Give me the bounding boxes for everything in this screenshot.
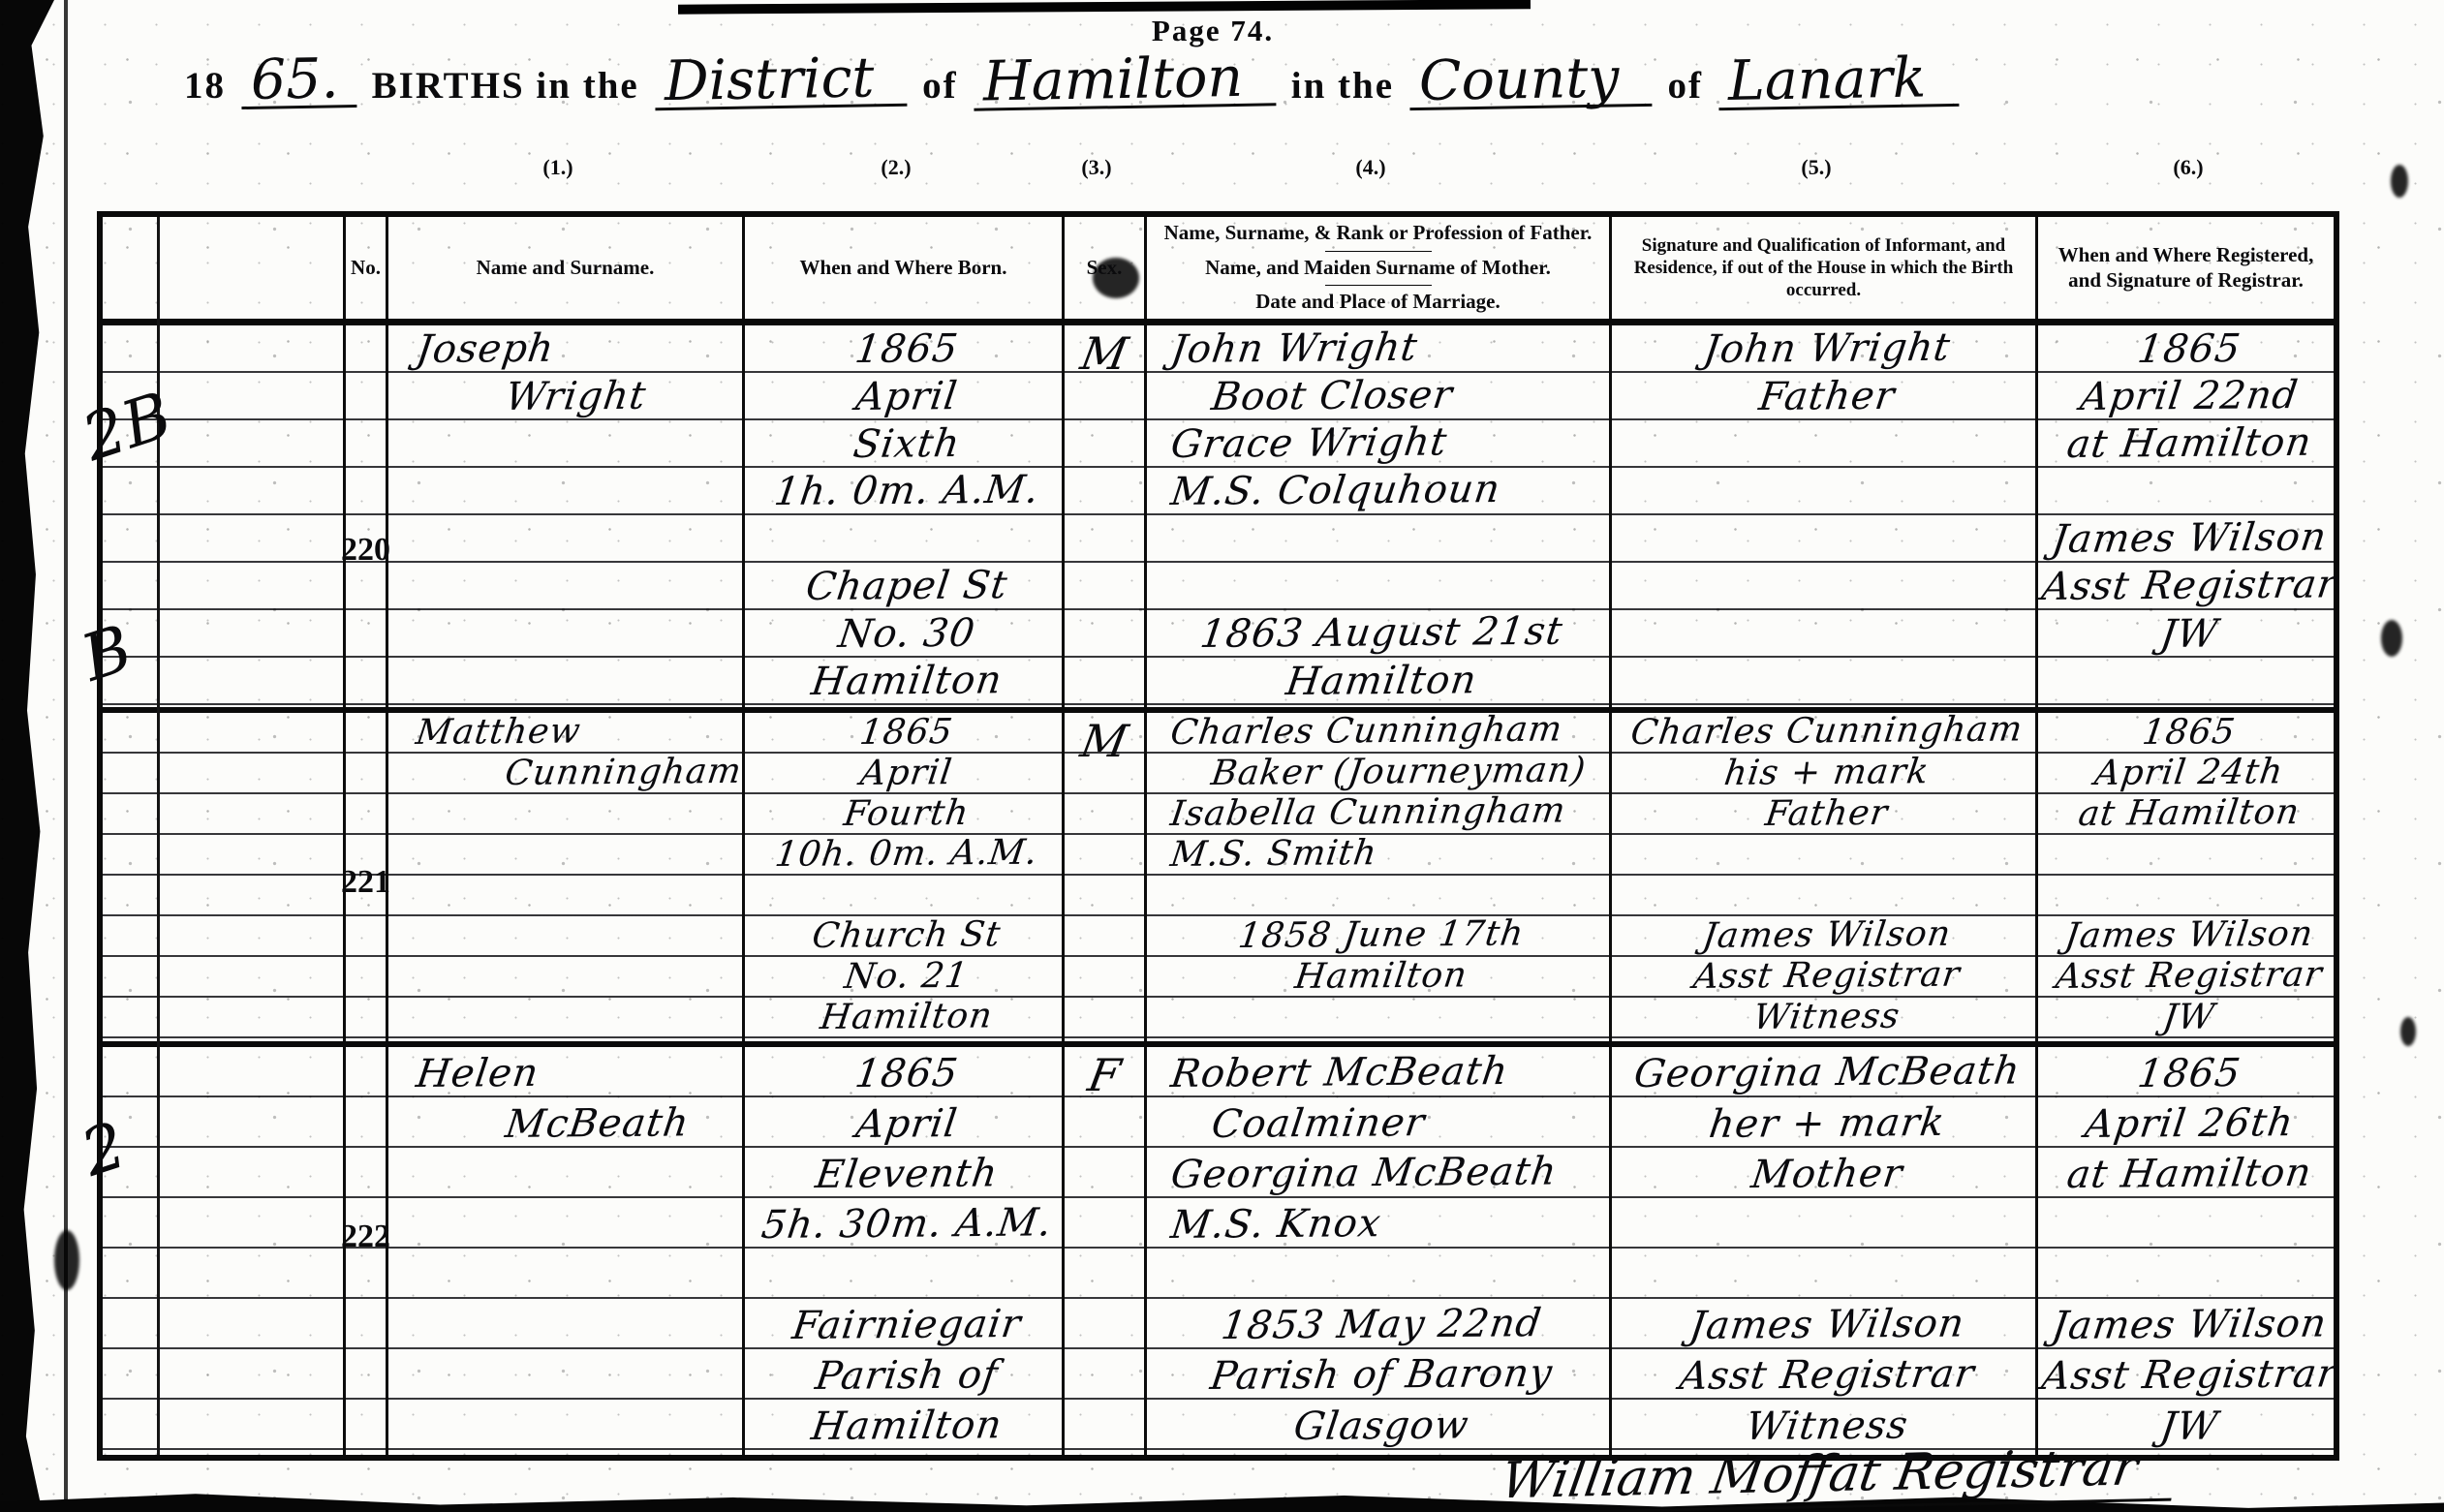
scan-top-streak <box>678 0 1531 15</box>
register-line <box>388 610 742 658</box>
handwritten-text: 1865 <box>852 326 961 372</box>
register-line: Charles Cunningham <box>1147 713 1609 754</box>
handwritten-text: April 24th <box>2091 752 2285 793</box>
handwritten-text: 5h. 30m. A.M. <box>758 1200 1055 1248</box>
entry-margin-cell <box>103 1047 343 1455</box>
entry-parents-cell: John WrightBoot CloserGrace WrightM.S. C… <box>1144 325 1609 707</box>
header-born: When and Where Born. <box>742 217 1062 319</box>
register-line <box>2038 1249 2334 1299</box>
register-line: James Wilson <box>2038 916 2334 957</box>
register-line: Asst Registrar <box>2038 563 2334 610</box>
handwritten-text: James Wilson <box>1700 914 1954 956</box>
handwritten-text: James Wilson <box>2049 515 2329 562</box>
register-line: April <box>745 1097 1062 1148</box>
register-line: 1865 <box>2038 713 2334 754</box>
register-line <box>1612 420 2035 468</box>
register-line: Hamilton <box>745 998 1062 1038</box>
register-line: Joseph <box>388 325 742 373</box>
handwritten-text: James Wilson <box>2062 914 2316 956</box>
register-line: James Wilson <box>1612 1299 2035 1349</box>
entry-number: 222 <box>341 1219 390 1255</box>
handwritten-text: at Hamilton <box>2064 1151 2314 1197</box>
register-line <box>388 1198 742 1249</box>
entry-born-cell: 1865AprilEleventh5h. 30m. A.M.Fairniegai… <box>742 1047 1062 1455</box>
entry-number-cell: 220 <box>343 325 386 707</box>
handwritten-text: No. 30 <box>835 611 977 657</box>
register-line <box>1612 1198 2035 1249</box>
register-line: 1858 June 17th <box>1147 916 1609 957</box>
register-line: John Wright <box>1147 325 1609 373</box>
register-line <box>388 794 742 835</box>
register-line <box>388 1400 742 1450</box>
register-line: John Wright <box>1612 325 2035 373</box>
register-line <box>388 998 742 1038</box>
register-line <box>388 1299 742 1349</box>
handwritten-text: Robert McBeath <box>1168 1049 1511 1096</box>
register-line: at Hamilton <box>2038 1148 2334 1198</box>
handwritten-text: Grace Wright <box>1168 420 1450 467</box>
handwritten-text: Hamilton <box>1292 955 1469 997</box>
register-entry-220: 220 JosephWright 1865AprilSixth1h. 0m. A… <box>103 325 2334 713</box>
handwritten-text: Parish of Barony <box>1207 1351 1555 1399</box>
title-district-value: Hamilton <box>973 53 1276 111</box>
handwritten-text: Fairniegair <box>789 1302 1024 1348</box>
handwritten-text: Hamilton <box>818 996 995 1037</box>
entry-sex-cell: M <box>1062 713 1144 1041</box>
register-line: James Wilson <box>1612 916 2035 957</box>
title-births-label: BIRTHS in the <box>372 64 639 108</box>
title-year-prefix: 18 <box>184 64 226 108</box>
entry-informant-cell: John WrightFather <box>1609 325 2035 707</box>
register-line: Witness <box>1612 998 2035 1038</box>
handwritten-text: Hamilton <box>808 1403 1004 1449</box>
header-informant: Signature and Qualification of Informant… <box>1609 217 2035 319</box>
register-line: M.S. Colquhoun <box>1147 468 1609 515</box>
handwritten-text: JW <box>2160 998 2217 1037</box>
scan-left-edge <box>0 0 54 1512</box>
register-line: Parish of Barony <box>1147 1349 1609 1400</box>
handwritten-text: Asst Registrar <box>2039 562 2339 609</box>
handwritten-text: Asst Registrar <box>1677 1351 1977 1399</box>
entry-name-cell: JosephWright <box>386 325 742 707</box>
register-line: Sixth <box>745 420 1062 468</box>
register-line: Asst Registrar <box>1612 1349 2035 1400</box>
entry-parents-cell: Charles CunninghamBaker (Journeyman)Isab… <box>1144 713 1609 1041</box>
header-parents-line1: Name, Surname, & Rank or Profession of F… <box>1164 221 1593 246</box>
register-line: McBeath <box>388 1097 742 1148</box>
register-line <box>1612 1249 2035 1299</box>
register-line: April <box>745 754 1062 794</box>
register-line: Coalminer <box>1147 1097 1609 1148</box>
title-county-word: County <box>1409 54 1653 111</box>
register-line: Isabella Cunningham <box>1147 794 1609 835</box>
title-year-script: 65. <box>241 55 357 110</box>
register-line <box>388 1349 742 1400</box>
handwritten-text: 1865 <box>2140 712 2238 753</box>
handwritten-text: M.S. Colquhoun <box>1168 467 1503 514</box>
register-line: Robert McBeath <box>1147 1047 1609 1097</box>
handwritten-text: 1863 August 21st <box>1197 609 1565 657</box>
column-number-2: (2.) <box>881 155 911 180</box>
register-line: M.S. Knox <box>1147 1198 1609 1249</box>
register-line: Hamilton <box>745 658 1062 705</box>
register-line: Helen <box>388 1047 742 1097</box>
register-line <box>1147 876 1609 916</box>
title-of-2: of <box>1667 64 1703 108</box>
entry-number: 220 <box>341 532 390 569</box>
ink-blot <box>2381 620 2402 657</box>
handwritten-text: Eleventh <box>813 1151 1001 1197</box>
handwritten-text: April 22nd <box>2077 373 2301 419</box>
register-line: Father <box>1612 373 2035 420</box>
ink-blot <box>2400 1017 2416 1046</box>
handwritten-text: Father <box>1762 793 1890 834</box>
register-line: Matthew <box>388 713 742 754</box>
register-line: Hamilton <box>1147 957 1609 998</box>
handwritten-text: her + mark <box>1706 1100 1947 1147</box>
handwritten-text: Hamilton <box>808 658 1004 704</box>
handwritten-text: Chapel St <box>803 563 1010 609</box>
entry-number-cell: 221 <box>343 713 386 1041</box>
register-line: Asst Registrar <box>2038 1349 2334 1400</box>
handwritten-text: Church St <box>809 914 1003 956</box>
page-number: Page 74. <box>1152 14 1274 48</box>
header-no: No. <box>343 217 386 319</box>
handwritten-text: 1865 <box>2135 1051 2243 1096</box>
register-line: Chapel St <box>745 563 1062 610</box>
header-parents: Name, Surname, & Rank or Profession of F… <box>1144 217 1609 319</box>
handwritten-text: April <box>857 753 954 793</box>
handwritten-text: Matthew <box>414 712 583 753</box>
register-line <box>745 515 1062 563</box>
register-line <box>2038 468 2334 515</box>
handwritten-text: 1865 <box>2135 326 2243 372</box>
handwritten-text: Glasgow <box>1290 1403 1470 1449</box>
register-line <box>388 876 742 916</box>
header-sex: Sex. <box>1062 217 1144 319</box>
register-line <box>1147 1249 1609 1299</box>
entry-number: 221 <box>341 864 390 901</box>
register-line <box>388 835 742 876</box>
handwritten-text: 1865 <box>852 1051 961 1096</box>
column-number-3: (3.) <box>1081 155 1111 180</box>
register-line: James Wilson <box>2038 1299 2334 1349</box>
title-of-1: of <box>922 64 958 108</box>
handwritten-text: Witness <box>1743 1404 1910 1449</box>
handwritten-text: at Hamilton <box>2076 792 2302 834</box>
register-line: Fourth <box>745 794 1062 835</box>
register-line: 1863 August 21st <box>1147 610 1609 658</box>
register-line <box>1612 658 2035 705</box>
entry-sex: M <box>1077 715 1132 767</box>
register-line <box>1147 515 1609 563</box>
register-line <box>1147 998 1609 1038</box>
register-line <box>1612 563 2035 610</box>
table-header-row: No. Name and Surname. When and Where Bor… <box>103 217 2334 325</box>
entry-sex: F <box>1084 1049 1124 1101</box>
register-line: Charles Cunningham <box>1612 713 2035 754</box>
handwritten-text: Georgina McBeath <box>1168 1150 1560 1197</box>
register-line: No. 30 <box>745 610 1062 658</box>
register-line: Cunningham <box>388 754 742 794</box>
register-line: April 24th <box>2038 754 2334 794</box>
register-line: at Hamilton <box>2038 794 2334 835</box>
register-line <box>388 563 742 610</box>
register-line <box>388 468 742 515</box>
handwritten-text: No. 21 <box>842 956 971 997</box>
handwritten-text: Cunningham <box>503 752 744 793</box>
ink-blot <box>54 1230 79 1290</box>
handwritten-text: Father <box>1756 374 1898 419</box>
register-line <box>388 1148 742 1198</box>
column-number-6: (6.) <box>2173 155 2203 180</box>
register-line: Wright <box>388 373 742 420</box>
register-line <box>388 916 742 957</box>
handwritten-text: Georgina McBeath <box>1631 1049 2023 1096</box>
handwritten-text: April <box>852 374 959 419</box>
register-line <box>388 658 742 705</box>
register-line: April 26th <box>2038 1097 2334 1148</box>
register-line: 1853 May 22nd <box>1147 1299 1609 1349</box>
handwritten-text: M.S. Smith <box>1168 833 1379 875</box>
register-entry-222: 222 HelenMcBeath 1865AprilEleventh5h. 30… <box>103 1047 2334 1455</box>
register-line: JW <box>2038 610 2334 658</box>
entry-parents-cell: Robert McBeathCoalminerGeorgina McBeathM… <box>1144 1047 1609 1455</box>
register-line: Asst Registrar <box>2038 957 2334 998</box>
register-line: 10h. 0m. A.M. <box>745 835 1062 876</box>
header-registered: When and Where Registered, and Signature… <box>2035 217 2334 319</box>
handwritten-text: 1858 June 17th <box>1235 913 1526 956</box>
title-in-the: in the <box>1291 64 1394 108</box>
handwritten-text: Charles Cunningham <box>1168 709 1565 753</box>
handwritten-text: Joseph <box>414 326 557 372</box>
entry-registered-cell: 1865April 26that HamiltonJames WilsonAss… <box>2035 1047 2334 1455</box>
entry-sex: M <box>1077 327 1132 380</box>
handwritten-text: at Hamilton <box>2064 420 2314 467</box>
register-title: 18 65. BIRTHS in the District of Hamilto… <box>184 56 2386 108</box>
handwritten-text: 1853 May 22nd <box>1219 1301 1544 1348</box>
register-line <box>1612 515 2035 563</box>
register-line <box>1612 835 2035 876</box>
register-line: at Hamilton <box>2038 420 2334 468</box>
register-line <box>2038 876 2334 916</box>
register-line <box>2038 1198 2334 1249</box>
handwritten-text: April 26th <box>2082 1100 2296 1147</box>
register-line: 1865 <box>745 1047 1062 1097</box>
handwritten-text: 10h. 0m. A.M. <box>772 833 1039 875</box>
title-county-value: Lanark <box>1718 54 1960 111</box>
handwritten-text: Asst Registrar <box>2039 1351 2339 1399</box>
register-line: his + mark <box>1612 754 2035 794</box>
column-number-4: (4.) <box>1355 155 1385 180</box>
register-line <box>1147 563 1609 610</box>
handwritten-text: Wright <box>503 374 649 419</box>
handwritten-text: James Wilson <box>1686 1302 1966 1348</box>
register-line: Grace Wright <box>1147 420 1609 468</box>
register-line: April 22nd <box>2038 373 2334 420</box>
register-line: Georgina McBeath <box>1612 1047 2035 1097</box>
ink-blot <box>2391 165 2408 198</box>
entry-born-cell: 1865AprilSixth1h. 0m. A.M.Chapel StNo. 3… <box>742 325 1062 707</box>
handwritten-text: Isabella Cunningham <box>1168 790 1568 834</box>
handwritten-text: John Wright <box>1700 325 1952 372</box>
header-name: Name and Surname. <box>386 217 742 319</box>
register-line: 5h. 30m. A.M. <box>745 1198 1062 1249</box>
handwritten-text: McBeath <box>503 1100 692 1147</box>
handwritten-text: Charles Cunningham <box>1628 709 2026 753</box>
register-line: Baker (Journeyman) <box>1147 754 1609 794</box>
register-line: Eleventh <box>745 1148 1062 1198</box>
title-district-word: District <box>654 54 907 111</box>
header-parents-line3: Date and Place of Marriage. <box>1255 290 1500 315</box>
handwritten-text: Parish of <box>813 1352 1001 1399</box>
register-line: Asst Registrar <box>1612 957 2035 998</box>
scanned-birth-register-page: Page 74. 18 65. BIRTHS in the District o… <box>0 0 2444 1512</box>
entry-sex-cell: M <box>1062 325 1144 707</box>
handwritten-text: his + mark <box>1721 752 1932 793</box>
register-entry-221: 221 MatthewCunningham 1865AprilFourth10h… <box>103 713 2334 1047</box>
entry-registered-cell: 1865April 22ndat HamiltonJames WilsonAss… <box>2035 325 2334 707</box>
register-line <box>745 876 1062 916</box>
register-line: Church St <box>745 916 1062 957</box>
register-line: Father <box>1612 794 2035 835</box>
handwritten-text: Mother <box>1748 1152 1905 1197</box>
register-line: April <box>745 373 1062 420</box>
register-line: Hamilton <box>1147 658 1609 705</box>
handwritten-text: John Wright <box>1168 325 1420 372</box>
register-line: Glasgow <box>1147 1400 1609 1450</box>
register-line: 1865 <box>2038 1047 2334 1097</box>
register-line: 1865 <box>2038 325 2334 373</box>
register-line: JW <box>2038 998 2334 1038</box>
handwritten-text: Hamilton <box>1283 658 1478 704</box>
register-line <box>2038 835 2334 876</box>
register-line: Fairniegair <box>745 1299 1062 1349</box>
register-line <box>388 515 742 563</box>
register-line <box>388 1249 742 1299</box>
entry-name-cell: HelenMcBeath <box>386 1047 742 1455</box>
register-line: Boot Closer <box>1147 373 1609 420</box>
handwritten-text: Asst Registrar <box>2053 955 2324 997</box>
handwritten-text: 1865 <box>857 712 955 753</box>
column-number-1: (1.) <box>542 155 572 180</box>
entry-registered-cell: 1865April 24that HamiltonJames WilsonAss… <box>2035 713 2334 1041</box>
handwritten-text: James Wilson <box>2049 1302 2329 1348</box>
handwritten-text: Baker (Journeyman) <box>1209 751 1589 793</box>
register-line: No. 21 <box>745 957 1062 998</box>
register-line <box>1612 468 2035 515</box>
register-line <box>388 957 742 998</box>
register-line: M.S. Smith <box>1147 835 1609 876</box>
handwritten-text: Boot Closer <box>1209 373 1456 419</box>
column-number-5: (5.) <box>1801 155 1831 180</box>
handwritten-text: Helen <box>414 1051 541 1096</box>
handwritten-text: 1h. 0m. A.M. <box>771 468 1041 514</box>
entry-margin-cell <box>103 713 343 1041</box>
register-line: her + mark <box>1612 1097 2035 1148</box>
handwritten-text: M.S. Knox <box>1168 1201 1384 1248</box>
handwritten-text: Witness <box>1750 997 1902 1037</box>
register-line: Hamilton <box>745 1400 1062 1450</box>
entry-name-cell: MatthewCunningham <box>386 713 742 1041</box>
register-line: Mother <box>1612 1148 2035 1198</box>
handwritten-text: April <box>852 1101 959 1147</box>
handwritten-text: JW <box>2157 611 2220 657</box>
register-line <box>1612 876 2035 916</box>
register-line <box>1612 610 2035 658</box>
entry-born-cell: 1865AprilFourth10h. 0m. A.M.Church StNo.… <box>742 713 1062 1041</box>
register-line: Parish of <box>745 1349 1062 1400</box>
register-line: 1865 <box>745 325 1062 373</box>
entry-informant-cell: Charles Cunninghamhis + markFatherJames … <box>1609 713 2035 1041</box>
handwritten-text: Coalminer <box>1209 1100 1428 1147</box>
register-line <box>388 420 742 468</box>
register-table: No. Name and Surname. When and Where Bor… <box>97 211 2339 1461</box>
entry-sex-cell: F <box>1062 1047 1144 1455</box>
header-parents-line2: Name, and Maiden Surname of Mother. <box>1205 256 1551 281</box>
header-margin-cell <box>103 217 343 319</box>
register-line <box>2038 658 2334 705</box>
handwritten-text: Sixth <box>851 421 963 467</box>
register-line: 1865 <box>745 713 1062 754</box>
handwritten-text: Asst Registrar <box>1690 955 1962 997</box>
register-line: James Wilson <box>2038 515 2334 563</box>
entry-informant-cell: Georgina McBeathher + markMotherJames Wi… <box>1609 1047 2035 1455</box>
register-line: Georgina McBeath <box>1147 1148 1609 1198</box>
handwritten-text: Fourth <box>841 793 971 834</box>
register-line: 1h. 0m. A.M. <box>745 468 1062 515</box>
register-line <box>745 1249 1062 1299</box>
entry-number-cell: 222 <box>343 1047 386 1455</box>
